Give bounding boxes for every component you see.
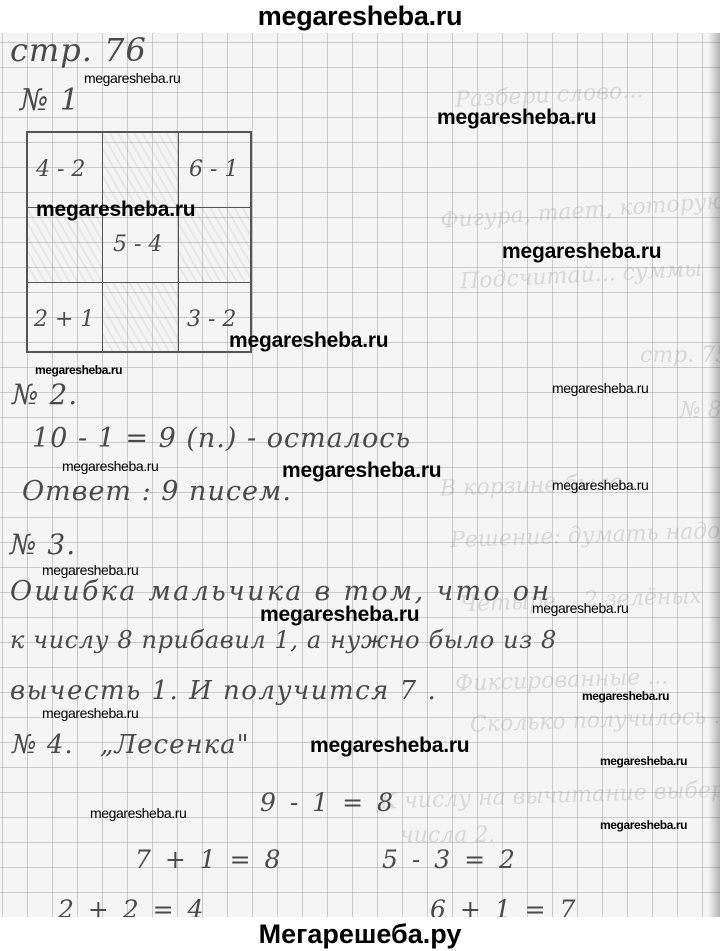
ladder-equation: 7 + 1 = 8 [135, 845, 283, 874]
task2-solution: 10 - 1 = 9 (п.) - осталось [32, 423, 411, 454]
watermark: megaresheba.ru [62, 458, 158, 474]
watermark: megaresheba.ru [437, 106, 596, 130]
task2-answer: Ответ : 9 писем. [22, 476, 292, 507]
ladder-equation: 9 - 1 = 8 [260, 788, 396, 817]
watermark: megaresheba.ru [552, 380, 648, 396]
task2-label: № 2. [12, 378, 78, 411]
watermark: megaresheba.ru [282, 459, 441, 483]
task4-title: „Лесенка" [100, 730, 250, 760]
ghost-text: Решение: думать надо... [450, 518, 720, 553]
ladder-equation: 2 + 2 = 4 [58, 895, 206, 917]
task3-line-2: к числу 8 прибавил 1, а нужно было из 8 [10, 626, 557, 654]
page-reference: стр. 76 [10, 33, 147, 69]
task4-label: № 4. [12, 730, 74, 760]
ghost-text: К числу на вычитание выберем [380, 776, 720, 814]
table-cell: 4 - 2 [28, 133, 103, 208]
site-watermark-header: megaresheba.ru [0, 0, 720, 33]
watermark: megaresheba.ru [35, 363, 122, 377]
watermark: megaresheba.ru [42, 705, 138, 721]
table-cell: 6 - 1 [179, 133, 250, 208]
watermark: megaresheba.ru [310, 734, 469, 758]
table-cell [103, 133, 179, 208]
watermark: megaresheba.ru [42, 562, 138, 578]
ghost-text: Сколько получилось ... [470, 703, 720, 737]
watermark: megaresheba.ru [90, 805, 186, 821]
watermark: megaresheba.ru [36, 198, 195, 222]
watermark: megaresheba.ru [84, 70, 180, 86]
task1-label: № 1 [20, 83, 80, 118]
ladder-equation: 6 + 1 = 7 [430, 895, 578, 917]
watermark: megaresheba.ru [532, 600, 628, 616]
site-watermark-footer: Мегарешеба.ру [0, 917, 720, 951]
watermark: megaresheba.ru [552, 477, 648, 493]
watermark: megaresheba.ru [600, 754, 687, 768]
task3-label: № 3. [10, 528, 76, 561]
ghost-text: № 8. [680, 398, 720, 423]
table-cell [103, 283, 179, 351]
table-cell: 2 + 1 [28, 283, 103, 351]
ghost-text: стр. 75 [640, 343, 720, 368]
watermark: megaresheba.ru [582, 689, 669, 703]
notebook-page: Разбери слово... Фигура, тает, которую..… [0, 33, 720, 917]
ladder-equation: 5 - 3 = 2 [382, 845, 518, 874]
watermark: megaresheba.ru [502, 240, 661, 264]
task3-line-3: вычесть 1. И получится 7 . [10, 676, 437, 706]
watermark: megaresheba.ru [229, 329, 388, 353]
magic-square-table: 4 - 2 6 - 1 5 - 4 2 + 1 3 - 2 [26, 131, 252, 353]
watermark: megaresheba.ru [260, 603, 419, 627]
watermark: megaresheba.ru [600, 818, 687, 832]
ghost-text: Фигура, тает, которую... [440, 187, 720, 233]
